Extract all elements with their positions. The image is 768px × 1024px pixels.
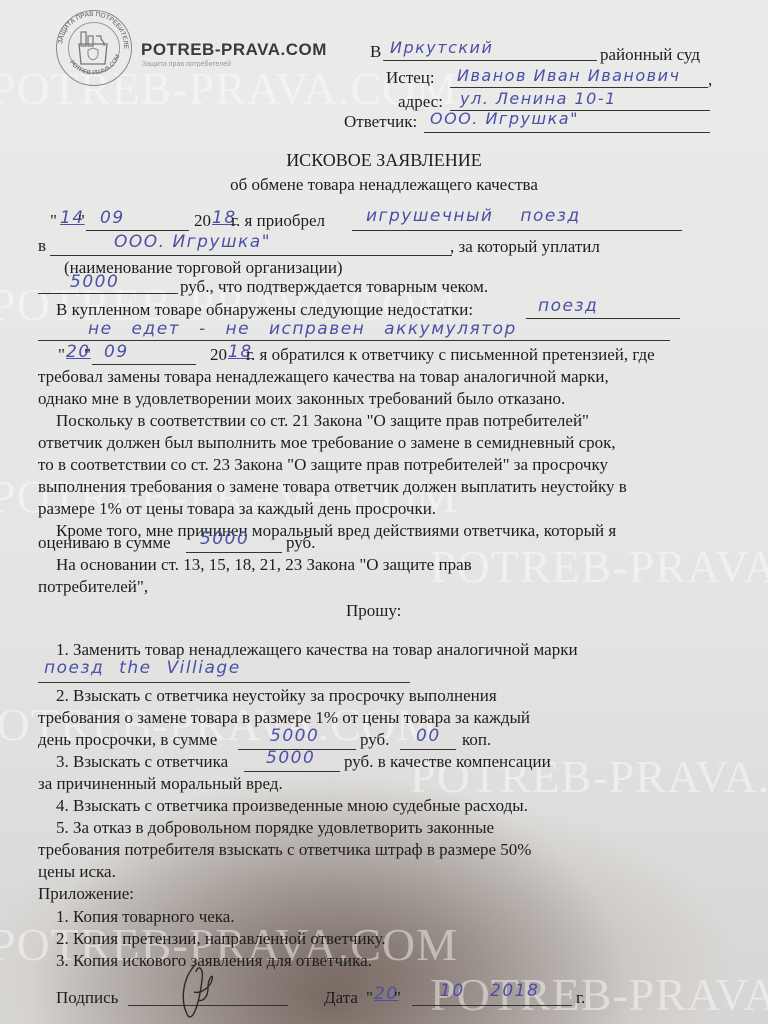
claim-month-line xyxy=(92,364,196,365)
defects-field-1[interactable]: поезд xyxy=(538,296,598,316)
kop-label: коп. xyxy=(462,730,491,750)
court-suffix: районный суд xyxy=(600,45,700,65)
request-item-1: 1. Заменить товар ненадлежащего качества… xyxy=(56,640,578,660)
penalty-rub-field[interactable]: 5000 xyxy=(270,726,319,746)
claim-text-2: требовал замены товара ненадлежащего кач… xyxy=(38,367,609,387)
request-item-5-line-3: цены иска. xyxy=(38,862,116,882)
logo-ring-text: ЗАЩИТА ПРАВ ПОТРЕБИТЕЛЕЙ POTREB-PRAVA.CO… xyxy=(52,6,134,88)
date-label: Дата xyxy=(324,988,358,1008)
svg-text:ЗАЩИТА ПРАВ ПОТРЕБИТЕЛЕЙ: ЗАЩИТА ПРАВ ПОТРЕБИТЕЛЕЙ xyxy=(52,6,129,50)
store-in-label: в xyxy=(38,236,46,256)
claim-text-1: г. я обратился к ответчику с письменной … xyxy=(246,345,655,365)
moral-amount-line xyxy=(186,552,282,553)
signature-label: Подпись xyxy=(56,988,118,1008)
request-item-2-line-1: 2. Взыскать с ответчика неустойку за про… xyxy=(56,686,497,706)
quote: " xyxy=(78,211,85,231)
law-line-1: Поскольку в соответствии со ст. 21 Закон… xyxy=(56,411,589,431)
moral-amount-field[interactable]: 5000 xyxy=(200,529,249,549)
law-line-4: выполнения требования о замене товара от… xyxy=(38,477,627,497)
purchase-month-line xyxy=(86,230,189,231)
store-line xyxy=(50,255,452,256)
purchase-item-line xyxy=(352,230,682,231)
request-item-3-line-2: за причиненный моральный вред. xyxy=(38,774,283,794)
signature[interactable] xyxy=(160,958,230,1024)
plaintiff-field[interactable]: Иванов Иван Иванович xyxy=(457,66,680,85)
defendant-label: Ответчик: xyxy=(344,112,417,132)
moral-prefix: оцениваю в сумме xyxy=(38,533,171,553)
moral-comp-field[interactable]: 5000 xyxy=(266,748,315,768)
price-text: руб., что подтверждается товарным чеком. xyxy=(180,277,488,297)
moral-comp-line xyxy=(244,771,340,772)
quote: " xyxy=(84,345,91,365)
request-item-5-line-2: требования потребителя взыскать с ответч… xyxy=(38,840,531,860)
plaintiff-field-line xyxy=(450,87,708,88)
address-field[interactable]: ул. Ленина 10-1 xyxy=(460,89,617,108)
request-item-2-prefix: день просрочки, в сумме xyxy=(38,730,217,750)
brand-name: POTREB-PRAVA.COM xyxy=(141,40,327,60)
request-heading: Прошу: xyxy=(346,601,401,621)
purchase-year-prefix: 20 xyxy=(194,211,211,231)
request-item-2-line-2: требования о замене товара в размере 1% … xyxy=(38,708,530,728)
defects-line-2 xyxy=(38,340,670,341)
claim-month-field[interactable]: 09 xyxy=(104,342,129,362)
date-line xyxy=(412,1005,572,1006)
document-subtitle: об обмене товара ненадлежащего качества xyxy=(0,175,768,195)
moral-suffix: руб. xyxy=(286,533,315,553)
purchase-month-field[interactable]: 09 xyxy=(100,208,125,228)
year-suffix: г. xyxy=(576,988,585,1008)
request-item-3-suffix: руб. в качестве компенсации xyxy=(344,752,551,772)
claim-year-prefix: 20 xyxy=(210,345,227,365)
rub-label: руб. xyxy=(360,730,389,750)
law-line-5: размере 1% от цены товара за каждый день… xyxy=(38,499,436,519)
attachment-item: 2. Копия претензии, направленной ответчи… xyxy=(56,929,386,949)
penalty-kop-line xyxy=(400,749,456,750)
attachment-item: 1. Копия товарного чека. xyxy=(56,907,235,927)
quote: " xyxy=(366,988,373,1008)
svg-text:POTREB-PRAVA.COM: POTREB-PRAVA.COM xyxy=(68,54,121,77)
court-field-line xyxy=(383,60,597,61)
law-line-2: ответчик должен был выполнить мое требов… xyxy=(38,433,616,453)
basis-line-2: потребителей", xyxy=(38,577,148,597)
defects-label: В купленном товаре обнаружены следующие … xyxy=(56,300,473,320)
claim-text-3: однако мне в удовлетворении моих законны… xyxy=(38,389,565,409)
defects-field-2[interactable]: не едет - не исправен аккумулятор xyxy=(88,319,517,339)
price-line xyxy=(38,293,178,294)
defendant-field-line xyxy=(424,132,710,133)
price-field[interactable]: 5000 xyxy=(70,272,119,292)
court-field[interactable]: Иркутский xyxy=(390,38,493,57)
defendant-field[interactable]: ООО. Игрушка" xyxy=(430,109,579,128)
defects-line-1 xyxy=(526,318,680,319)
request-item-5-line-1: 5. За отказ в добровольном порядке удовл… xyxy=(56,818,494,838)
court-prefix: В xyxy=(370,42,381,62)
request-item-1-line xyxy=(38,682,410,683)
request-item-4: 4. Взыскать с ответчика произведенные мн… xyxy=(56,796,528,816)
purchase-text: г. я приобрел xyxy=(231,211,325,231)
quote: " xyxy=(50,211,57,231)
document-title: ИСКОВОЕ ЗАЯВЛЕНИЕ xyxy=(0,150,768,171)
basis-line-1: На основании ст. 13, 15, 18, 21, 23 Зако… xyxy=(56,555,472,575)
quote: " xyxy=(394,988,401,1008)
plaintiff-label: Истец: xyxy=(386,68,435,88)
penalty-kop-field[interactable]: 00 xyxy=(416,726,441,746)
paid-text: , за который уплатил xyxy=(450,237,600,257)
date-year-field[interactable]: 2018 xyxy=(490,981,539,1001)
plaintiff-comma: , xyxy=(708,70,712,90)
request-item-1-field[interactable]: поезд the Villiage xyxy=(44,658,241,678)
request-item-3-prefix: 3. Взыскать с ответчика xyxy=(56,752,228,772)
attachments-heading: Приложение: xyxy=(38,884,134,904)
law-line-3: то в соответствии со ст. 23 Закона "О за… xyxy=(38,455,608,475)
date-month-field[interactable]: 10 xyxy=(440,981,465,1001)
quote: " xyxy=(58,345,65,365)
purchase-item-field[interactable]: игрушечный поезд xyxy=(366,206,581,226)
brand-tagline: Защита прав потребителей xyxy=(142,61,231,68)
store-field[interactable]: ООО. Игрушка" xyxy=(114,232,271,252)
